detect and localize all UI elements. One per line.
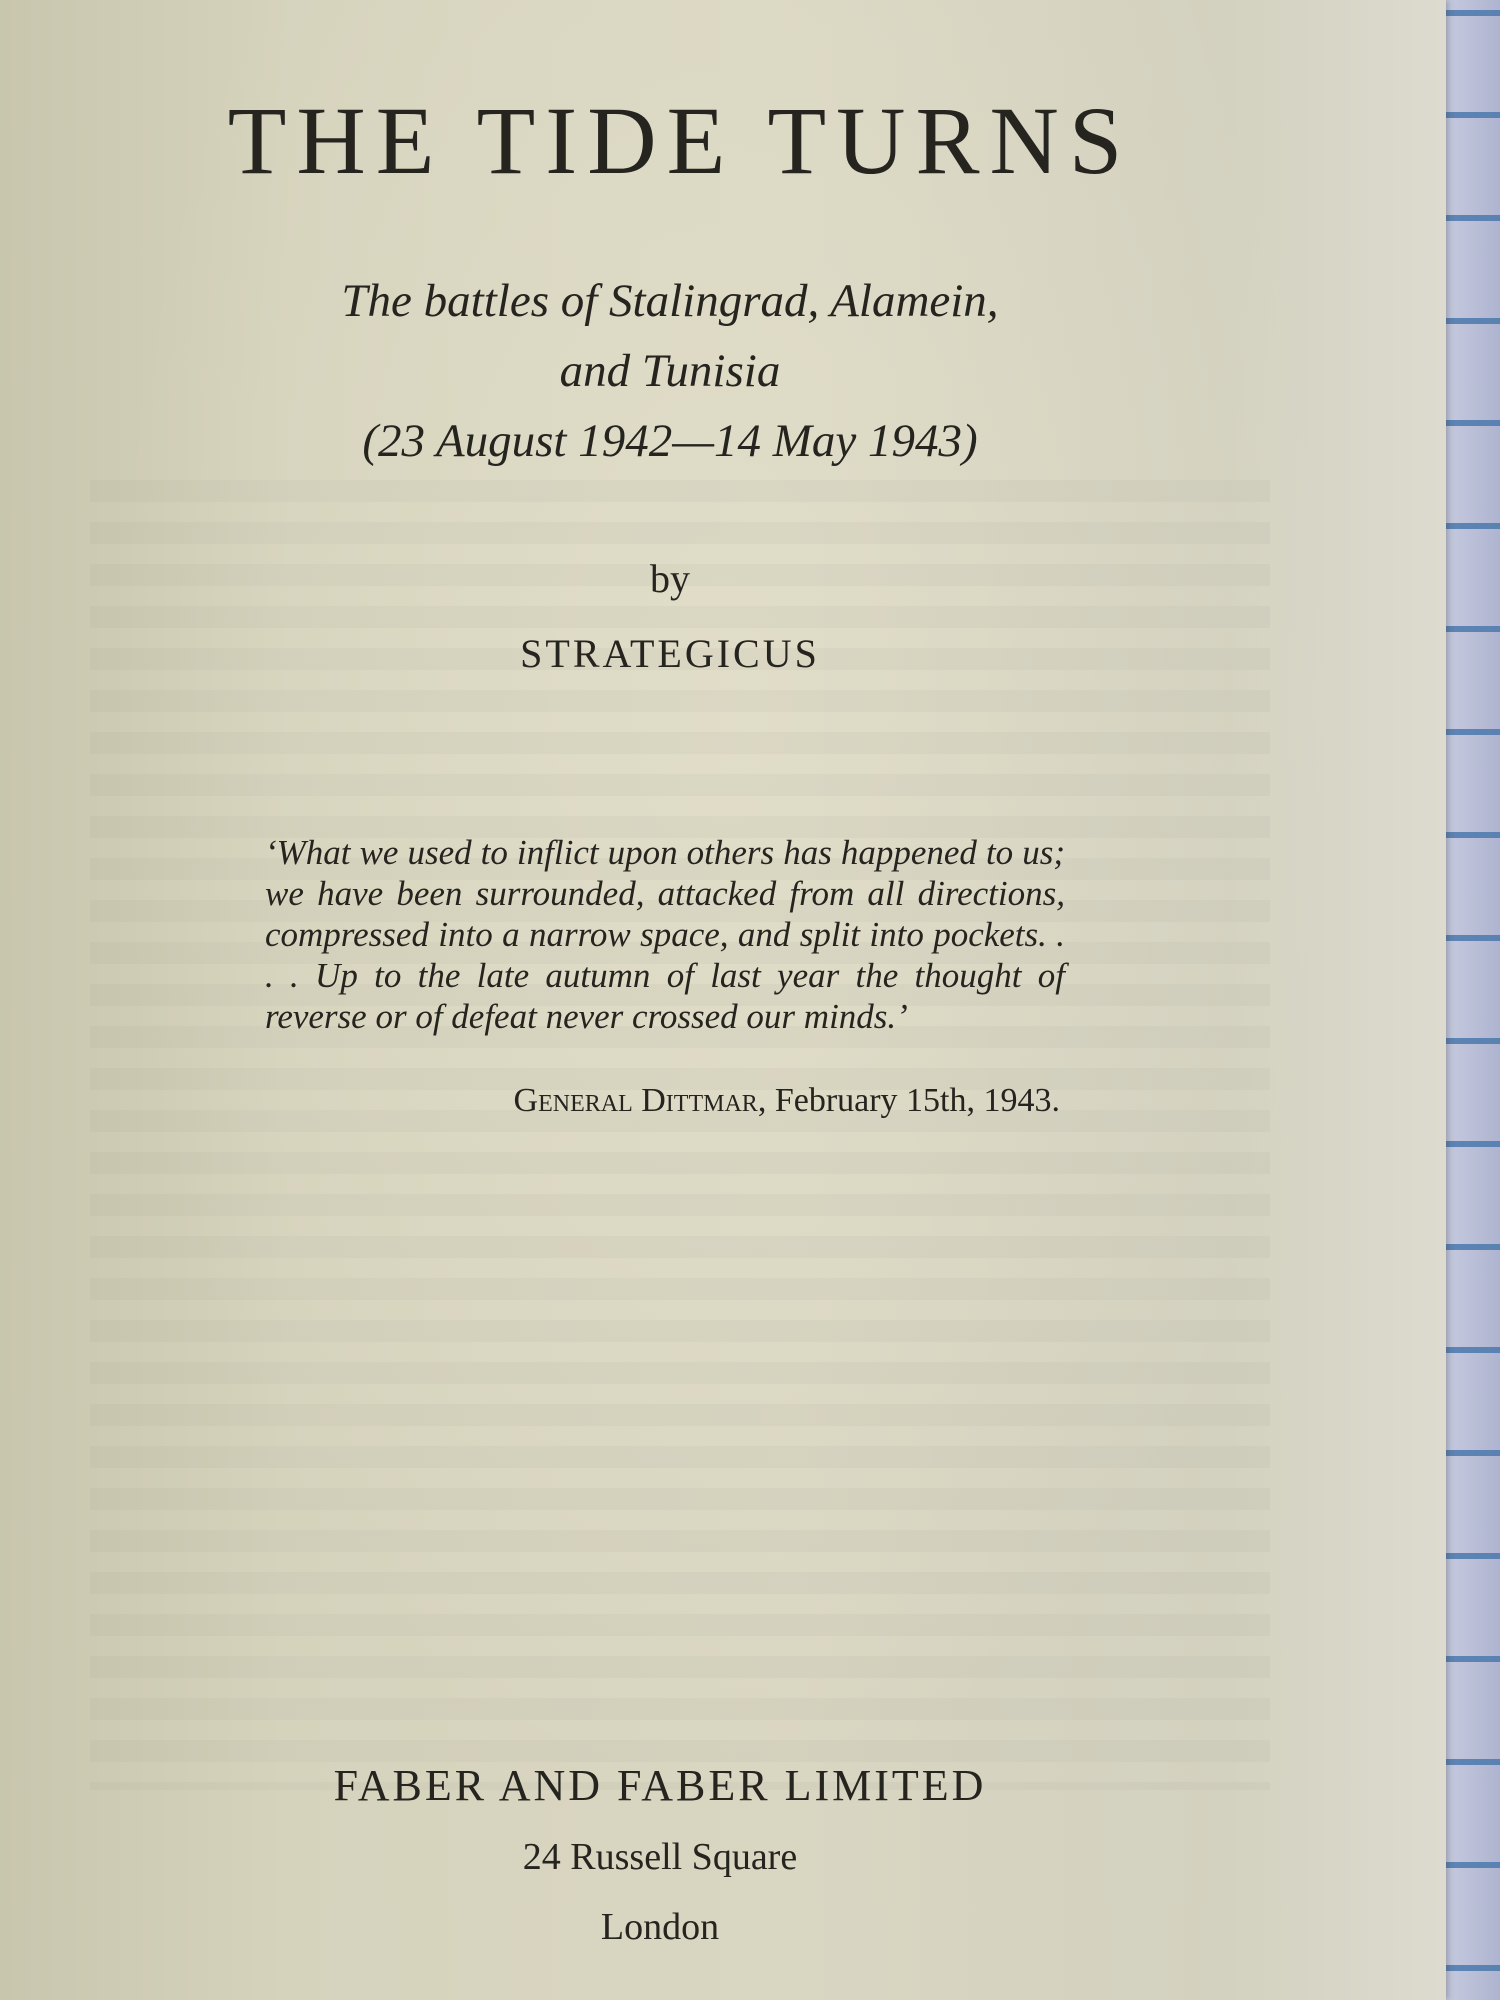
blue-rule-line <box>1446 1759 1500 1765</box>
blue-rule-line <box>1446 10 1500 16</box>
subtitle-date-range: (23 August 1942—14 May 1943) <box>240 406 1100 476</box>
author-name: STRATEGICUS <box>440 630 900 677</box>
blue-rule-line <box>1446 832 1500 838</box>
blue-rule-line <box>1446 1038 1500 1044</box>
blue-rule-line <box>1446 1450 1500 1456</box>
attribution-name: General Dittmar <box>514 1082 758 1119</box>
blue-rule-line <box>1446 626 1500 632</box>
blue-rule-line <box>1446 935 1500 941</box>
blue-rule-line <box>1446 1347 1500 1353</box>
blue-rule-line <box>1446 523 1500 529</box>
blue-rule-line <box>1446 1862 1500 1868</box>
blue-rule-line <box>1446 420 1500 426</box>
lined-paper-backing <box>1446 0 1500 2000</box>
book-subtitle: The battles of Stalingrad, Alamein, and … <box>240 266 1100 476</box>
blue-rule-line <box>1446 1656 1500 1662</box>
book-title-page: THE TIDE TURNS The battles of Stalingrad… <box>0 0 1446 2000</box>
subtitle-line: and Tunisia <box>240 336 1100 406</box>
attribution-date: , February 15th, 1943. <box>758 1082 1060 1119</box>
epigraph-attribution: General Dittmar, February 15th, 1943. <box>265 1082 1060 1120</box>
blue-rule-line <box>1446 318 1500 324</box>
blue-rule-line <box>1446 112 1500 118</box>
book-title: THE TIDE TURNS <box>180 85 1180 196</box>
subtitle-line: The battles of Stalingrad, Alamein, <box>240 266 1100 336</box>
blue-rule-line <box>1446 1141 1500 1147</box>
blue-rule-line <box>1446 1553 1500 1559</box>
by-line: by <box>560 555 780 602</box>
epigraph-quote: ‘What we used to inflict upon others has… <box>265 832 1065 1037</box>
publisher-city: London <box>500 1905 820 1949</box>
blue-rule-line <box>1446 729 1500 735</box>
blue-rule-line <box>1446 1244 1500 1250</box>
publisher-name: FABER AND FABER LIMITED <box>270 1760 1050 1811</box>
blue-rule-line <box>1446 1965 1500 1971</box>
blue-rule-line <box>1446 215 1500 221</box>
publisher-address: 24 Russell Square <box>400 1835 920 1879</box>
